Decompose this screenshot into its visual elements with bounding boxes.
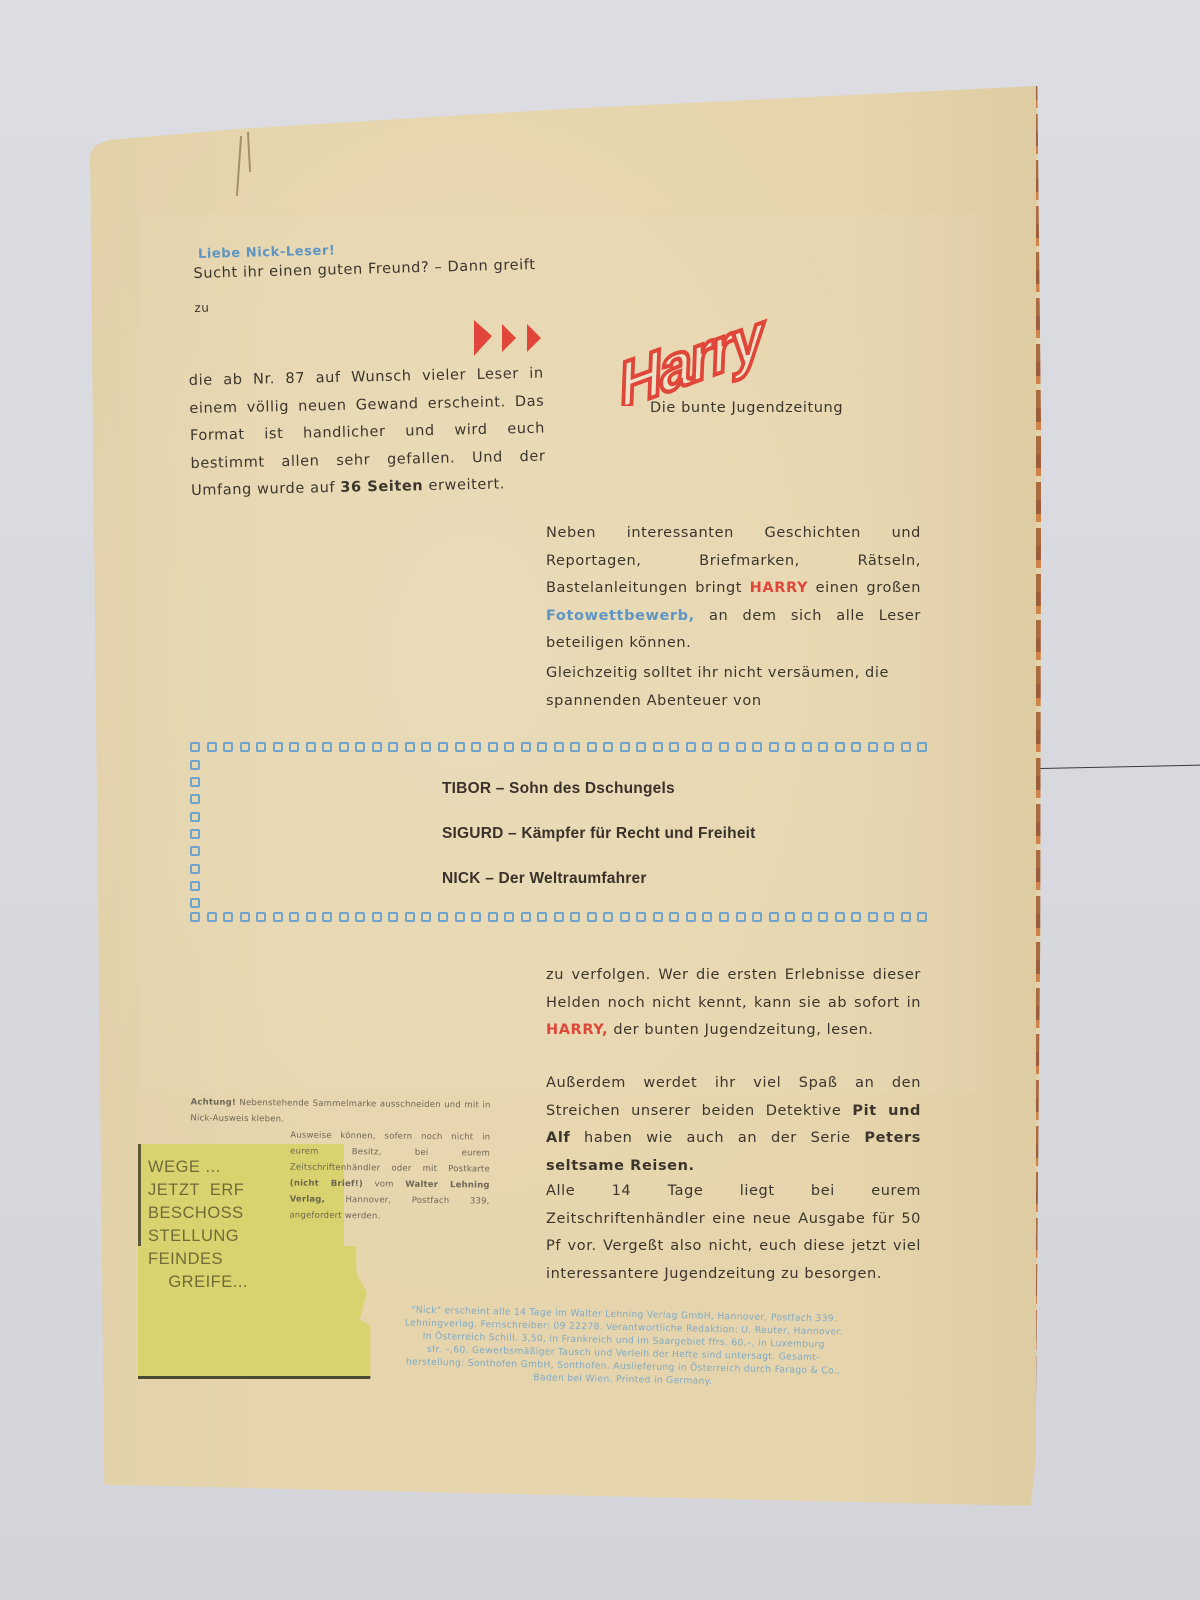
border-square — [769, 742, 779, 752]
border-square — [207, 912, 217, 922]
border-square — [752, 742, 762, 752]
publisher-imprint: "Nick" erscheint alle 14 Tage im Walter … — [325, 1302, 922, 1392]
harry-brand: HARRY — [750, 580, 808, 596]
border-square — [190, 742, 200, 752]
border-square — [620, 742, 630, 752]
border-square — [719, 912, 729, 922]
border-square — [207, 742, 217, 752]
border-square — [504, 742, 514, 752]
border-square — [306, 742, 316, 752]
border-square — [818, 742, 828, 752]
dotted-border-bottom — [190, 912, 928, 926]
paragraph-format: die ab Nr. 87 auf Wunsch vieler Leser in… — [189, 361, 547, 506]
border-square — [636, 912, 646, 922]
paragraph-text: der bunten Jugendzeitung, lesen. — [608, 1022, 873, 1038]
border-square — [587, 912, 597, 922]
magazine-back-cover: Liebe Nick-Leser! Sucht ihr einen guten … — [90, 86, 1045, 1506]
paragraph-text: haben wie auch an der Serie — [570, 1130, 864, 1146]
border-square — [719, 742, 729, 752]
border-square — [521, 912, 531, 922]
notice-text: Nebenstehende Sammelmarke ausschneiden u… — [190, 1098, 490, 1125]
border-square — [488, 912, 498, 922]
border-square — [702, 742, 712, 752]
harry-brand: HARRY, — [546, 1022, 608, 1038]
heroes-box: TIBOR – Sohn des Dschungels SIGURD – Käm… — [190, 742, 928, 926]
border-square — [273, 912, 283, 922]
paragraph-text: einen großen — [808, 580, 921, 596]
harry-logo-text: Harry — [614, 299, 771, 406]
border-square — [851, 912, 861, 922]
hero-tibor: TIBOR – Sohn des Dschungels — [442, 766, 756, 811]
border-square — [355, 742, 365, 752]
photo-contest: Fotowettbewerb, — [546, 608, 695, 624]
border-square — [884, 742, 894, 752]
border-square — [405, 912, 415, 922]
border-square — [802, 912, 812, 922]
paragraph-contents: Neben interessanten Geschichten und Repo… — [546, 520, 921, 658]
dotted-border-top — [190, 742, 928, 756]
border-square — [636, 742, 646, 752]
hero-nick: NICK – Der Weltraumfahrer — [442, 856, 756, 901]
border-square — [190, 864, 200, 874]
border-square — [256, 742, 266, 752]
border-square — [388, 912, 398, 922]
border-square — [785, 912, 795, 922]
border-square — [504, 912, 514, 922]
paragraph-detectives: Außerdem werdet ihr viel Spaß an den Str… — [546, 1070, 921, 1180]
notice-lead: Achtung! — [191, 1097, 237, 1107]
border-square — [736, 912, 746, 922]
border-square — [686, 742, 696, 752]
border-square — [736, 742, 746, 752]
intro-text: Sucht ihr einen guten Freund? – Dann gre… — [193, 252, 549, 322]
border-square — [752, 912, 762, 922]
border-square — [405, 742, 415, 752]
border-square — [653, 742, 663, 752]
border-square — [603, 742, 613, 752]
border-square — [240, 742, 250, 752]
heroes-list: TIBOR – Sohn des Dschungels SIGURD – Käm… — [442, 766, 756, 901]
border-square — [372, 742, 382, 752]
border-square — [917, 742, 927, 752]
paragraph-text: erweitert. — [423, 476, 505, 494]
border-square — [455, 742, 465, 752]
notice-text: vom — [363, 1179, 405, 1189]
border-square — [868, 742, 878, 752]
border-square — [868, 912, 878, 922]
border-square — [802, 742, 812, 752]
border-square — [190, 846, 200, 856]
border-square — [421, 742, 431, 752]
border-square — [620, 912, 630, 922]
border-square — [554, 742, 564, 752]
border-square — [901, 742, 911, 752]
border-square — [322, 912, 332, 922]
border-square — [322, 742, 332, 752]
background-wire — [1040, 764, 1200, 769]
border-square — [273, 742, 283, 752]
rusty-edge — [1036, 86, 1041, 1506]
border-square — [240, 912, 250, 922]
border-square — [471, 912, 481, 922]
notice-text: Ausweise können, sofern noch nicht in eu… — [290, 1130, 490, 1174]
border-square — [455, 912, 465, 922]
border-square — [818, 912, 828, 922]
border-square — [190, 829, 200, 839]
paragraph-text: zu verfolgen. Wer die ersten Erlebnisse … — [546, 967, 921, 1011]
border-square — [884, 912, 894, 922]
border-square — [669, 742, 679, 752]
border-square — [438, 742, 448, 752]
border-square — [537, 912, 547, 922]
pages-count: 36 Seiten — [340, 478, 423, 496]
border-square — [438, 912, 448, 922]
stamp-notice: Achtung! Nebenstehende Sammelmarke aussc… — [189, 1094, 490, 1225]
border-square — [603, 912, 613, 922]
border-square — [587, 742, 597, 752]
border-square — [256, 912, 266, 922]
border-square — [306, 912, 316, 922]
border-square — [702, 912, 712, 922]
border-square — [190, 760, 200, 770]
paragraph-follow: zu verfolgen. Wer die ersten Erlebnisse … — [546, 962, 921, 1045]
border-square — [851, 742, 861, 752]
border-square — [521, 742, 531, 752]
border-square — [289, 742, 299, 752]
border-square — [471, 742, 481, 752]
border-square — [901, 912, 911, 922]
border-square — [421, 912, 431, 922]
border-square — [339, 912, 349, 922]
border-square — [190, 794, 200, 804]
border-square — [289, 912, 299, 922]
border-square — [488, 742, 498, 752]
harry-logo: Harry — [595, 286, 805, 406]
paragraph-price: Alle 14 Tage liegt bei eurem Zeitschrift… — [546, 1178, 921, 1288]
border-square — [769, 912, 779, 922]
border-square — [570, 742, 580, 752]
border-square — [653, 912, 663, 922]
border-square — [355, 912, 365, 922]
dotted-border-left — [190, 756, 204, 912]
border-square — [190, 881, 200, 891]
border-square — [339, 742, 349, 752]
hero-sigurd: SIGURD – Kämpfer für Recht und Freiheit — [442, 811, 756, 856]
border-square — [223, 912, 233, 922]
border-square — [835, 912, 845, 922]
border-square — [190, 898, 200, 908]
border-square — [223, 742, 233, 752]
border-square — [686, 912, 696, 922]
border-square — [190, 812, 200, 822]
border-square — [190, 912, 200, 922]
border-square — [785, 742, 795, 752]
paragraph-adventures: Gleichzeitig solltet ihr nicht versäumen… — [546, 660, 921, 715]
border-square — [917, 912, 927, 922]
border-square — [190, 777, 200, 787]
border-square — [835, 742, 845, 752]
border-square — [554, 912, 564, 922]
border-square — [537, 742, 547, 752]
notice-bold: (nicht Brief!) — [290, 1178, 363, 1189]
border-square — [372, 912, 382, 922]
border-square — [669, 912, 679, 922]
tagline: Die bunte Jugendzeitung — [650, 400, 843, 416]
border-square — [388, 742, 398, 752]
triple-right-arrow-icon — [472, 316, 552, 366]
intro-line: Sucht ihr einen guten Freund? – Dann gre… — [193, 257, 535, 282]
border-square — [570, 912, 580, 922]
